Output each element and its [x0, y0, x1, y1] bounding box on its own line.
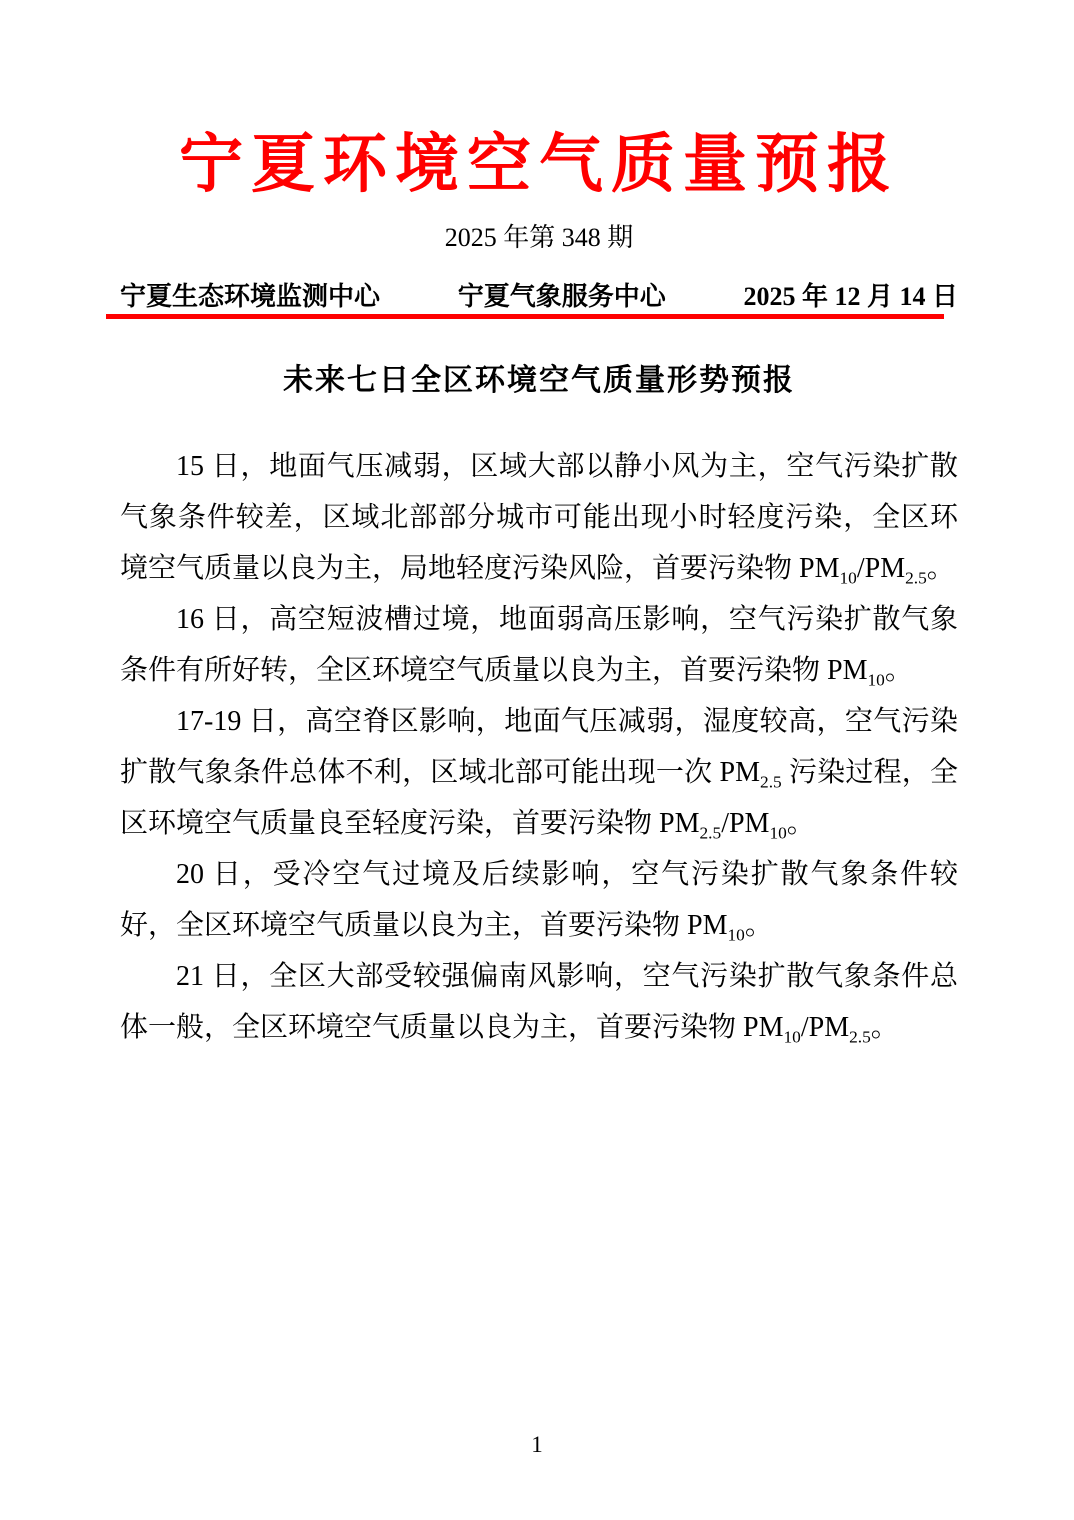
forecast-paragraph: 16 日，高空短波槽过境，地面弱高压影响，空气污染扩散气象条件有所好转，全区环境… — [120, 594, 958, 696]
forecast-paragraphs: 15 日，地面气压减弱，区域大部以静小风为主，空气污染扩散气象条件较差，区域北部… — [120, 441, 958, 1053]
forecast-paragraph: 20 日，受冷空气过境及后续影响，空气污染扩散气象条件较好，全区环境空气质量以良… — [120, 849, 958, 951]
section-title: 未来七日全区环境空气质量形势预报 — [120, 361, 958, 401]
document-content: 宁夏环境空气质量预报 2025 年第 348 期 宁夏生态环境监测中心 宁夏气象… — [0, 0, 1074, 1053]
pollutant-subscript: 10 — [839, 569, 856, 588]
masthead-row: 宁夏生态环境监测中心 宁夏气象服务中心 2025 年 12 月 14 日 — [120, 280, 958, 314]
pollutant-subscript: 2.5 — [905, 569, 927, 588]
document-page: 宁夏环境空气质量预报 2025 年第 348 期 宁夏生态环境监测中心 宁夏气象… — [0, 0, 1074, 1520]
masthead-org-center: 宁夏气象服务中心 — [458, 280, 666, 314]
pollutant-subscript: 10 — [727, 926, 744, 945]
document-title: 宁夏环境空气质量预报 — [120, 128, 958, 202]
pollutant-subscript: 10 — [769, 824, 786, 843]
issue-number: 2025 年第 348 期 — [120, 222, 958, 254]
pollutant-subscript: 2.5 — [699, 824, 721, 843]
forecast-paragraph: 21 日，全区大部受较强偏南风影响，空气污染扩散气象条件总体一般，全区环境空气质… — [120, 951, 958, 1053]
forecast-paragraph: 15 日，地面气压减弱，区域大部以静小风为主，空气污染扩散气象条件较差，区域北部… — [120, 441, 958, 594]
pollutant-subscript: 2.5 — [760, 773, 782, 792]
pollutant-subscript: 2.5 — [849, 1028, 871, 1047]
masthead-date: 2025 年 12 月 14 日 — [743, 280, 958, 314]
page-number: 1 — [0, 1430, 1074, 1460]
pollutant-subscript: 10 — [867, 671, 884, 690]
masthead-org-left: 宁夏生态环境监测中心 — [120, 280, 380, 314]
pollutant-subscript: 10 — [783, 1028, 800, 1047]
forecast-paragraph: 17-19 日，高空脊区影响，地面气压减弱，湿度较高，空气污染扩散气象条件总体不… — [120, 696, 958, 849]
red-divider-rule — [106, 314, 944, 319]
